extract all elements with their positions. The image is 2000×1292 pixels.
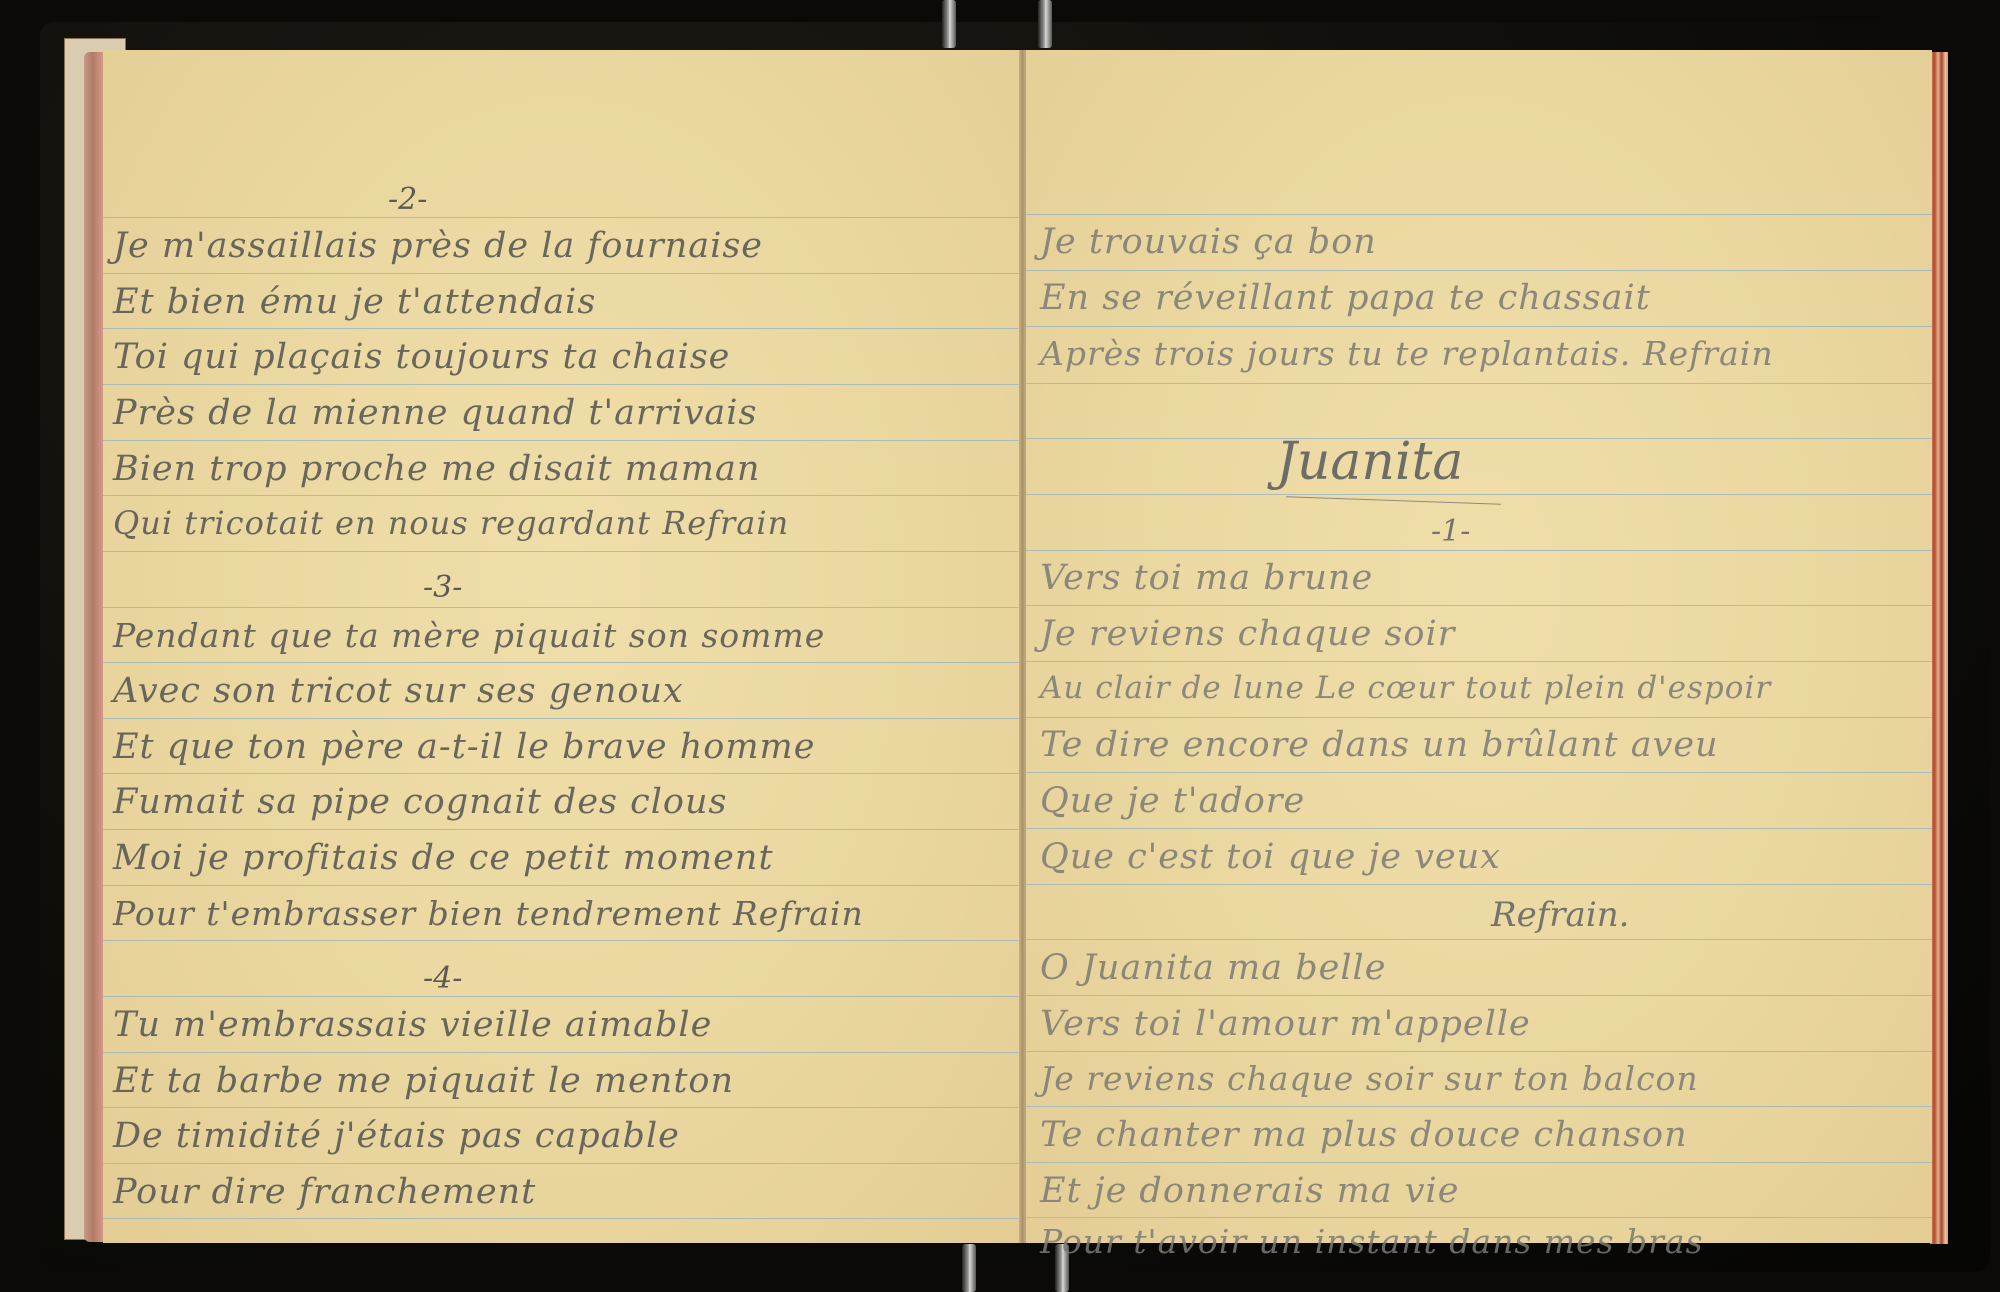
verse-number: -3- [423,570,462,605]
rule-line [1026,494,1932,495]
verse-number: -1- [1431,514,1470,549]
verse-line: Que c'est toi que je veux [1040,837,1501,877]
rule-line [103,996,1020,997]
rule-line [103,273,1020,274]
rule-line [1026,1162,1932,1163]
verse-line: Près de la mienne quand t'arrivais [113,393,757,433]
rule-line [1026,884,1932,885]
rule-line [1026,828,1932,829]
rule-line [1026,1217,1932,1218]
rule-line [1026,661,1932,662]
rule-line [103,829,1020,830]
rule-line [1026,995,1932,996]
title-underline [1286,496,1501,505]
rule-line [103,1163,1020,1164]
rule-line [103,495,1020,496]
continuation-line: Je trouvais ça bon [1040,222,1377,262]
verse-line: Te dire encore dans un brûlant aveu [1040,725,1719,765]
refrain-line: Et je donnerais ma vie [1040,1171,1459,1211]
rule-line [103,440,1020,441]
verse-line: Pour dire franchement [113,1172,536,1212]
refrain-line: Pour t'avoir un instant dans mes bras [1040,1222,1704,1261]
rule-line [1026,605,1932,606]
rule-line [1026,214,1932,215]
left-page: -2- Je m'assaillais près de la fournaise… [103,50,1022,1243]
rule-line [1026,717,1932,718]
rule-line [103,718,1020,719]
verse-line: Pour t'embrasser bien tendrement Refrain [113,894,864,933]
verse-line: Qui tricotait en nous regardant Refrain [113,504,789,542]
verse-line: Et que ton père a-t-il le brave homme [113,727,815,767]
rule-line [1026,383,1932,384]
song-title: Juanita [1276,432,1463,492]
verse-number: -2- [388,182,427,217]
rule-line [103,217,1020,218]
red-page-edge-right [1930,52,1948,1244]
rule-line [1026,939,1932,940]
verse-line: Et bien ému je t'attendais [113,282,596,322]
rule-line [103,940,1020,941]
verse-line: Toi qui plaçais toujours ta chaise [113,337,730,377]
binder-ring-bottom-left [962,1244,976,1292]
rule-line [1026,1106,1932,1107]
binder-ring-top-right [1038,0,1052,48]
rule-line [103,384,1020,385]
verse-number: -4- [423,961,462,996]
verse-line: Pendant que ta mère piquait son somme [113,616,825,655]
rule-line [103,1218,1020,1219]
verse-line: Moi je profitais de ce petit moment [113,838,774,878]
rule-line [103,328,1020,329]
verse-line: Vers toi ma brune [1040,558,1373,598]
verse-line: Bien trop proche me disait maman [113,449,760,489]
rule-line [103,551,1020,552]
continuation-line: Après trois jours tu te replantais. Refr… [1040,334,1774,373]
verse-line: Tu m'embrassais vieille aimable [113,1005,712,1045]
refrain-line: Vers toi l'amour m'appelle [1040,1004,1531,1044]
rule-line [103,607,1020,608]
continuation-line: En se réveillant papa te chassait [1040,278,1651,318]
binder-ring-top-left [942,0,956,48]
verse-line: Que je t'adore [1040,781,1305,821]
refrain-line: O Juanita ma belle [1040,948,1386,988]
right-page: Je trouvais ça bon En se réveillant papa… [1024,50,1932,1243]
rule-line [103,1052,1020,1053]
rule-line [103,1107,1020,1108]
verse-line: Avec son tricot sur ses genoux [113,671,684,711]
rule-line [1026,550,1932,551]
refrain-line: Te chanter ma plus douce chanson [1040,1115,1688,1155]
verse-line: Je m'assaillais près de la fournaise [113,226,763,266]
rule-line [103,885,1020,886]
verse-line: Fumait sa pipe cognait des clous [113,782,728,822]
rule-line [103,773,1020,774]
rule-line [1026,772,1932,773]
verse-line: De timidité j'étais pas capable [113,1116,680,1156]
rule-line [1026,326,1932,327]
verse-line: Je reviens chaque soir [1040,614,1455,654]
verse-line: Et ta barbe me piquait le menton [113,1061,734,1101]
rule-line [1026,270,1932,271]
rule-line [103,662,1020,663]
rule-line [1026,1051,1932,1052]
verse-line: Au clair de lune Le cœur tout plein d'es… [1040,670,1771,706]
rule-line [1026,438,1932,439]
refrain-label: Refrain. [1491,895,1629,935]
refrain-line: Je reviens chaque soir sur ton balcon [1040,1059,1699,1098]
